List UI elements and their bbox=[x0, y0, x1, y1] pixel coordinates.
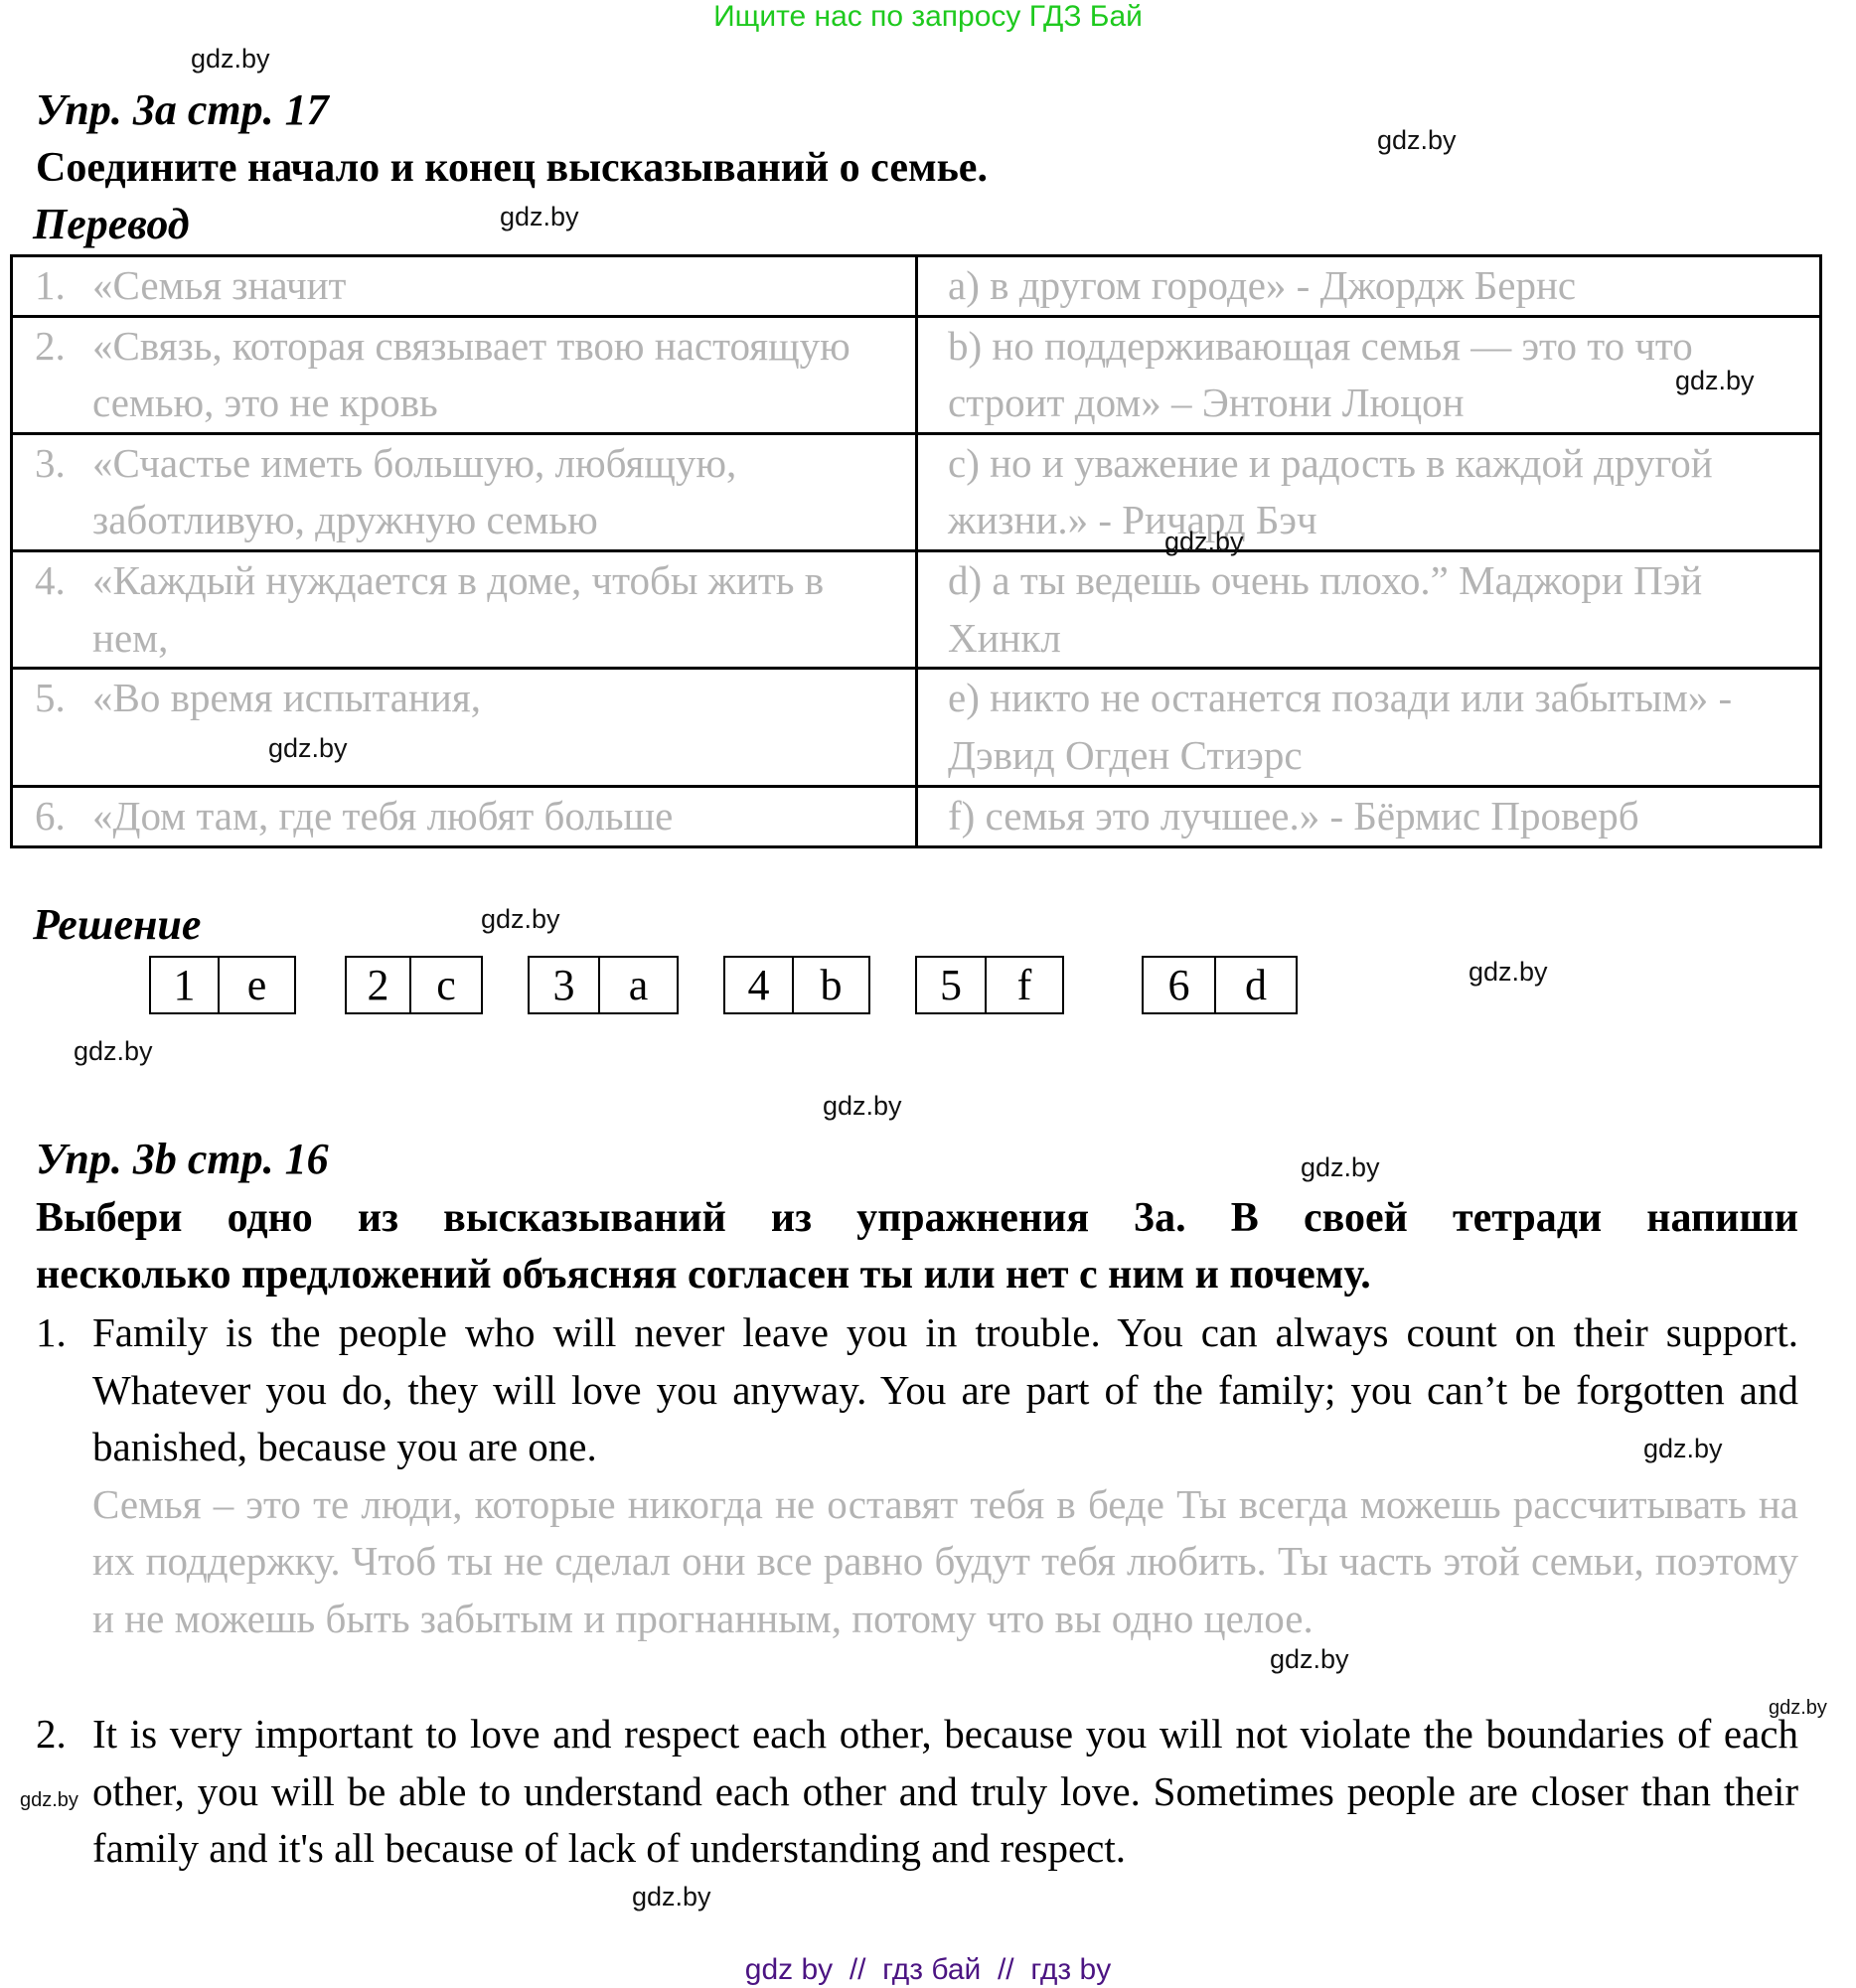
table-row: 3.«Счастье иметь большую, любящую, забот… bbox=[12, 433, 1821, 550]
watermark: gdz.by bbox=[191, 44, 270, 74]
table-row: 4.«Каждый нуждается в доме, чтобы жить в… bbox=[12, 550, 1821, 668]
watermark: gdz.by bbox=[74, 1036, 153, 1066]
footer-links: gdz by // гдз бай // гдз by bbox=[0, 1953, 1856, 1987]
watermark: gdz.by bbox=[1164, 527, 1244, 556]
statement-end-cell: f) семья это лучшее.» - Бёрмис Проверб bbox=[917, 787, 1821, 847]
answer-number: 5 bbox=[917, 958, 987, 1012]
statement-end: a) в другом городе» - Джордж Бернс bbox=[918, 257, 1819, 315]
answer-box: 3a bbox=[528, 956, 679, 1014]
item-english-text: It is very important to love and respect… bbox=[92, 1706, 1798, 1878]
statement-number: 1. bbox=[35, 257, 92, 315]
answer-letter: a bbox=[600, 958, 677, 1012]
statement-start: «Связь, которая связывает твою настоящую… bbox=[92, 318, 905, 432]
search-banner: Ищите нас по запросу ГДЗ Бай bbox=[0, 0, 1856, 34]
statement-end-cell: a) в другом городе» - Джордж Бернс bbox=[917, 256, 1821, 317]
statement-end: d) а ты ведешь очень плохо.” Маджори Пэй… bbox=[918, 552, 1819, 667]
answer-box: 5f bbox=[915, 956, 1064, 1014]
answer-number: 6 bbox=[1144, 958, 1216, 1012]
answer-box: 4b bbox=[723, 956, 870, 1014]
statement-start: «Каждый нуждается в доме, чтобы жить в н… bbox=[92, 552, 905, 667]
answer-box: 2c bbox=[345, 956, 483, 1014]
table-row: 1.«Семья значитa) в другом городе» - Джо… bbox=[12, 256, 1821, 317]
statement-end-cell: d) а ты ведешь очень плохо.” Маджори Пэй… bbox=[917, 550, 1821, 668]
statement-end: c) но и уважение и радость в каждой друг… bbox=[918, 435, 1819, 549]
statement-start: «Семья значит bbox=[92, 257, 905, 315]
statement-number: 5. bbox=[35, 670, 92, 727]
watermark: gdz.by bbox=[1643, 1434, 1723, 1463]
watermark: gdz.by bbox=[823, 1091, 902, 1121]
statement-start-cell: 4.«Каждый нуждается в доме, чтобы жить в… bbox=[12, 550, 917, 668]
answer-number: 2 bbox=[347, 958, 411, 1012]
answer-number: 4 bbox=[725, 958, 794, 1012]
item-english-text: Family is the people who will never leav… bbox=[92, 1304, 1798, 1476]
watermark: gdz.by bbox=[500, 202, 579, 231]
table-row: 2.«Связь, которая связывает твою настоящ… bbox=[12, 316, 1821, 433]
exercise-3a-instruction: Соедините начало и конец высказываний о … bbox=[36, 143, 988, 193]
exercise-3b-title: Упр. 3b стр. 16 bbox=[36, 1135, 329, 1184]
answer-box: 6d bbox=[1142, 956, 1298, 1014]
answer-item-2: 2. It is very important to love and resp… bbox=[36, 1706, 1798, 1878]
statement-start: «Дом там, где тебя любят больше bbox=[92, 788, 905, 845]
statement-start-cell: 6.«Дом там, где тебя любят больше bbox=[12, 787, 917, 847]
answer-number: 3 bbox=[530, 958, 600, 1012]
answer-letter: d bbox=[1216, 958, 1296, 1012]
translation-label: Перевод bbox=[33, 200, 190, 249]
watermark: gdz.by bbox=[268, 733, 348, 763]
watermark: gdz.by bbox=[1270, 1644, 1349, 1674]
statement-number: 6. bbox=[35, 788, 92, 845]
answer-letter: b bbox=[794, 958, 868, 1012]
watermark: gdz.by bbox=[481, 904, 560, 934]
watermark: gdz.by bbox=[1675, 366, 1755, 395]
statement-start: «Счастье иметь большую, любящую, заботли… bbox=[92, 435, 905, 549]
table-row: 6.«Дом там, где тебя любят большеf) семь… bbox=[12, 787, 1821, 847]
statement-start-cell: 1.«Семья значит bbox=[12, 256, 917, 317]
statement-start: «Во время испытания, bbox=[92, 670, 905, 727]
statement-start-cell: 2.«Связь, которая связывает твою настоящ… bbox=[12, 316, 917, 433]
watermark: gdz.by bbox=[1469, 957, 1548, 987]
exercise-3a-title: Упр. 3а стр. 17 bbox=[36, 85, 329, 135]
answer-box: 1e bbox=[149, 956, 296, 1014]
answer-letter: e bbox=[220, 958, 294, 1012]
watermark: gdz.by bbox=[20, 1785, 78, 1815]
statement-number: 4. bbox=[35, 552, 92, 667]
item-number: 1. bbox=[36, 1304, 67, 1362]
watermark: gdz.by bbox=[1301, 1152, 1380, 1182]
exercise-3b-instruction-line2: несколько предложений объясняя согласен … bbox=[36, 1250, 1371, 1300]
table-row: 5.«Во время испытания,e) никто не остане… bbox=[12, 669, 1821, 787]
exercise-3b-instruction-line1: Выбери одно из высказываний из упражнени… bbox=[36, 1193, 1798, 1243]
statement-end-cell: e) никто не останется позади или забытым… bbox=[917, 669, 1821, 787]
statement-end: e) никто не останется позади или забытым… bbox=[918, 670, 1819, 784]
statement-start-cell: 3.«Счастье иметь большую, любящую, забот… bbox=[12, 433, 917, 550]
answer-item-1: 1. Family is the people who will never l… bbox=[36, 1304, 1798, 1648]
item-number: 2. bbox=[36, 1706, 67, 1763]
statement-end: f) семья это лучшее.» - Бёрмис Проверб bbox=[918, 788, 1819, 845]
item-russian-translation: Семья – это те люди, которые никогда не … bbox=[92, 1476, 1798, 1648]
answer-letter: f bbox=[987, 958, 1062, 1012]
statement-number: 3. bbox=[35, 435, 92, 549]
watermark: gdz.by bbox=[632, 1882, 711, 1912]
statement-end-cell: c) но и уважение и радость в каждой друг… bbox=[917, 433, 1821, 550]
statement-number: 2. bbox=[35, 318, 92, 432]
answer-letter: c bbox=[411, 958, 481, 1012]
solution-label: Решение bbox=[33, 900, 201, 950]
watermark: gdz.by bbox=[1377, 125, 1457, 155]
answer-number: 1 bbox=[151, 958, 220, 1012]
statement-start-cell: 5.«Во время испытания, bbox=[12, 669, 917, 787]
